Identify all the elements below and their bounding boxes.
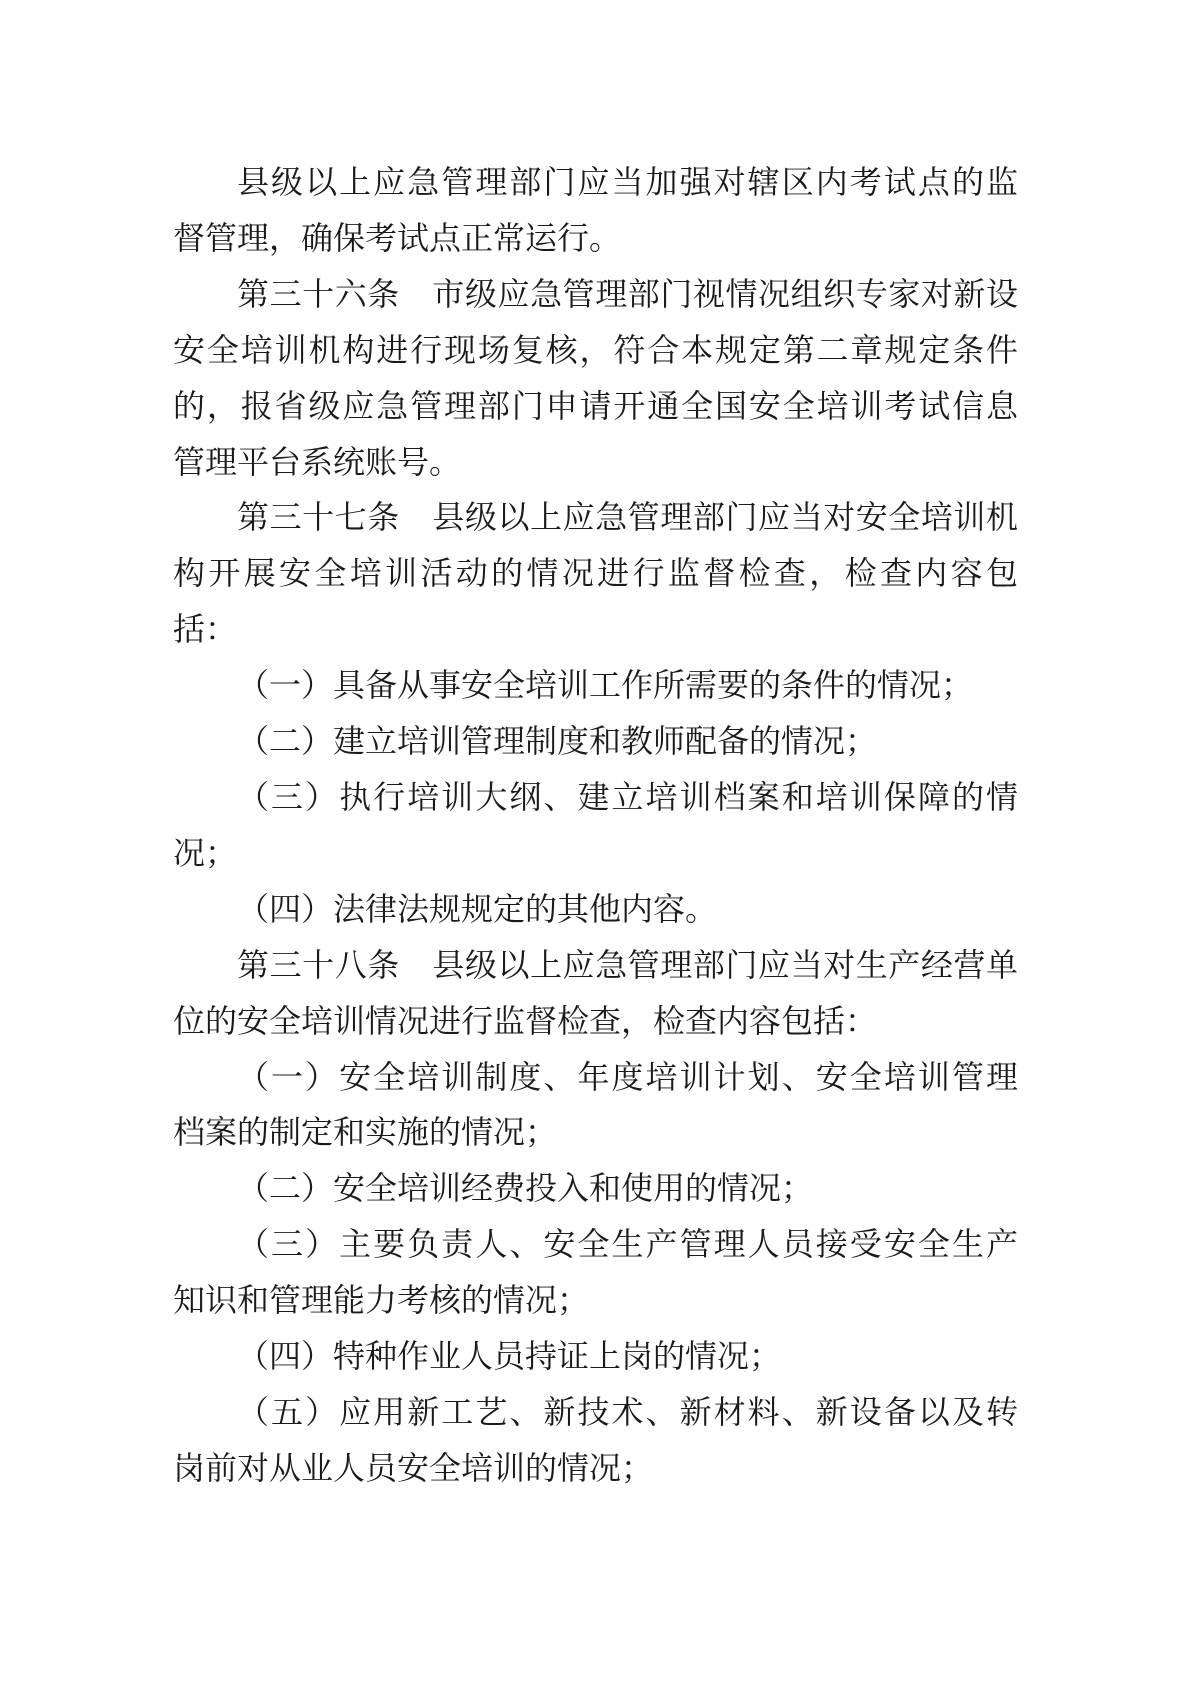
text-line: （三）执行培训大纲、建立培训档案和培训保障的情 — [173, 770, 1018, 826]
text-line: 安全培训机构进行现场复核，符合本规定第二章规定条件 — [173, 323, 1018, 379]
text-line: （四）特种作业人员持证上岗的情况； — [173, 1329, 1018, 1385]
text-line: 督管理，确保考试点正常运行。 — [173, 211, 1018, 267]
paragraph: 第三十八条 县级以上应急管理部门应当对生产经营单位的安全培训情况进行监督检查，检… — [173, 938, 1018, 1050]
text-line: （四）法律法规规定的其他内容。 — [173, 882, 1018, 938]
text-line: （二）建立培训管理制度和教师配备的情况； — [173, 714, 1018, 770]
text-line: 第三十七条 县级以上应急管理部门应当对安全培训机 — [173, 490, 1018, 546]
paragraph: （二）建立培训管理制度和教师配备的情况； — [173, 714, 1018, 770]
paragraph: （一）具备从事安全培训工作所需要的条件的情况； — [173, 658, 1018, 714]
text-line: （一）安全培训制度、年度培训计划、安全培训管理 — [173, 1050, 1018, 1106]
paragraph: 县级以上应急管理部门应当加强对辖区内考试点的监督管理，确保考试点正常运行。 — [173, 155, 1018, 267]
paragraph: （五）应用新工艺、新技术、新材料、新设备以及转岗前对从业人员安全培训的情况； — [173, 1385, 1018, 1497]
document-body: 县级以上应急管理部门应当加强对辖区内考试点的监督管理，确保考试点正常运行。第三十… — [173, 155, 1018, 1497]
text-line: 县级以上应急管理部门应当加强对辖区内考试点的监 — [173, 155, 1018, 211]
text-line: （三）主要负责人、安全生产管理人员接受安全生产 — [173, 1217, 1018, 1273]
text-line: （二）安全培训经费投入和使用的情况； — [173, 1161, 1018, 1217]
paragraph: （三）主要负责人、安全生产管理人员接受安全生产知识和管理能力考核的情况； — [173, 1217, 1018, 1329]
paragraph: （四）特种作业人员持证上岗的情况； — [173, 1329, 1018, 1385]
text-line: （五）应用新工艺、新技术、新材料、新设备以及转 — [173, 1385, 1018, 1441]
paragraph: （二）安全培训经费投入和使用的情况； — [173, 1161, 1018, 1217]
text-line: 岗前对从业人员安全培训的情况； — [173, 1441, 1018, 1497]
text-line: 档案的制定和实施的情况； — [173, 1105, 1018, 1161]
document-page: 县级以上应急管理部门应当加强对辖区内考试点的监督管理，确保考试点正常运行。第三十… — [0, 0, 1190, 1683]
text-line: 况； — [173, 826, 1018, 882]
text-line: 的，报省级应急管理部门申请开通全国安全培训考试信息 — [173, 379, 1018, 435]
paragraph: 第三十七条 县级以上应急管理部门应当对安全培训机构开展安全培训活动的情况进行监督… — [173, 490, 1018, 658]
text-line: 括： — [173, 602, 1018, 658]
text-line: 第三十六条 市级应急管理部门视情况组织专家对新设 — [173, 267, 1018, 323]
text-line: （一）具备从事安全培训工作所需要的条件的情况； — [173, 658, 1018, 714]
text-line: 第三十八条 县级以上应急管理部门应当对生产经营单 — [173, 938, 1018, 994]
paragraph: （一）安全培训制度、年度培训计划、安全培训管理档案的制定和实施的情况； — [173, 1050, 1018, 1162]
text-line: 构开展安全培训活动的情况进行监督检查，检查内容包 — [173, 546, 1018, 602]
paragraph: 第三十六条 市级应急管理部门视情况组织专家对新设安全培训机构进行现场复核，符合本… — [173, 267, 1018, 491]
text-line: 管理平台系统账号。 — [173, 435, 1018, 491]
text-line: 知识和管理能力考核的情况； — [173, 1273, 1018, 1329]
text-line: 位的安全培训情况进行监督检查，检查内容包括： — [173, 994, 1018, 1050]
paragraph: （四）法律法规规定的其他内容。 — [173, 882, 1018, 938]
paragraph: （三）执行培训大纲、建立培训档案和培训保障的情况； — [173, 770, 1018, 882]
